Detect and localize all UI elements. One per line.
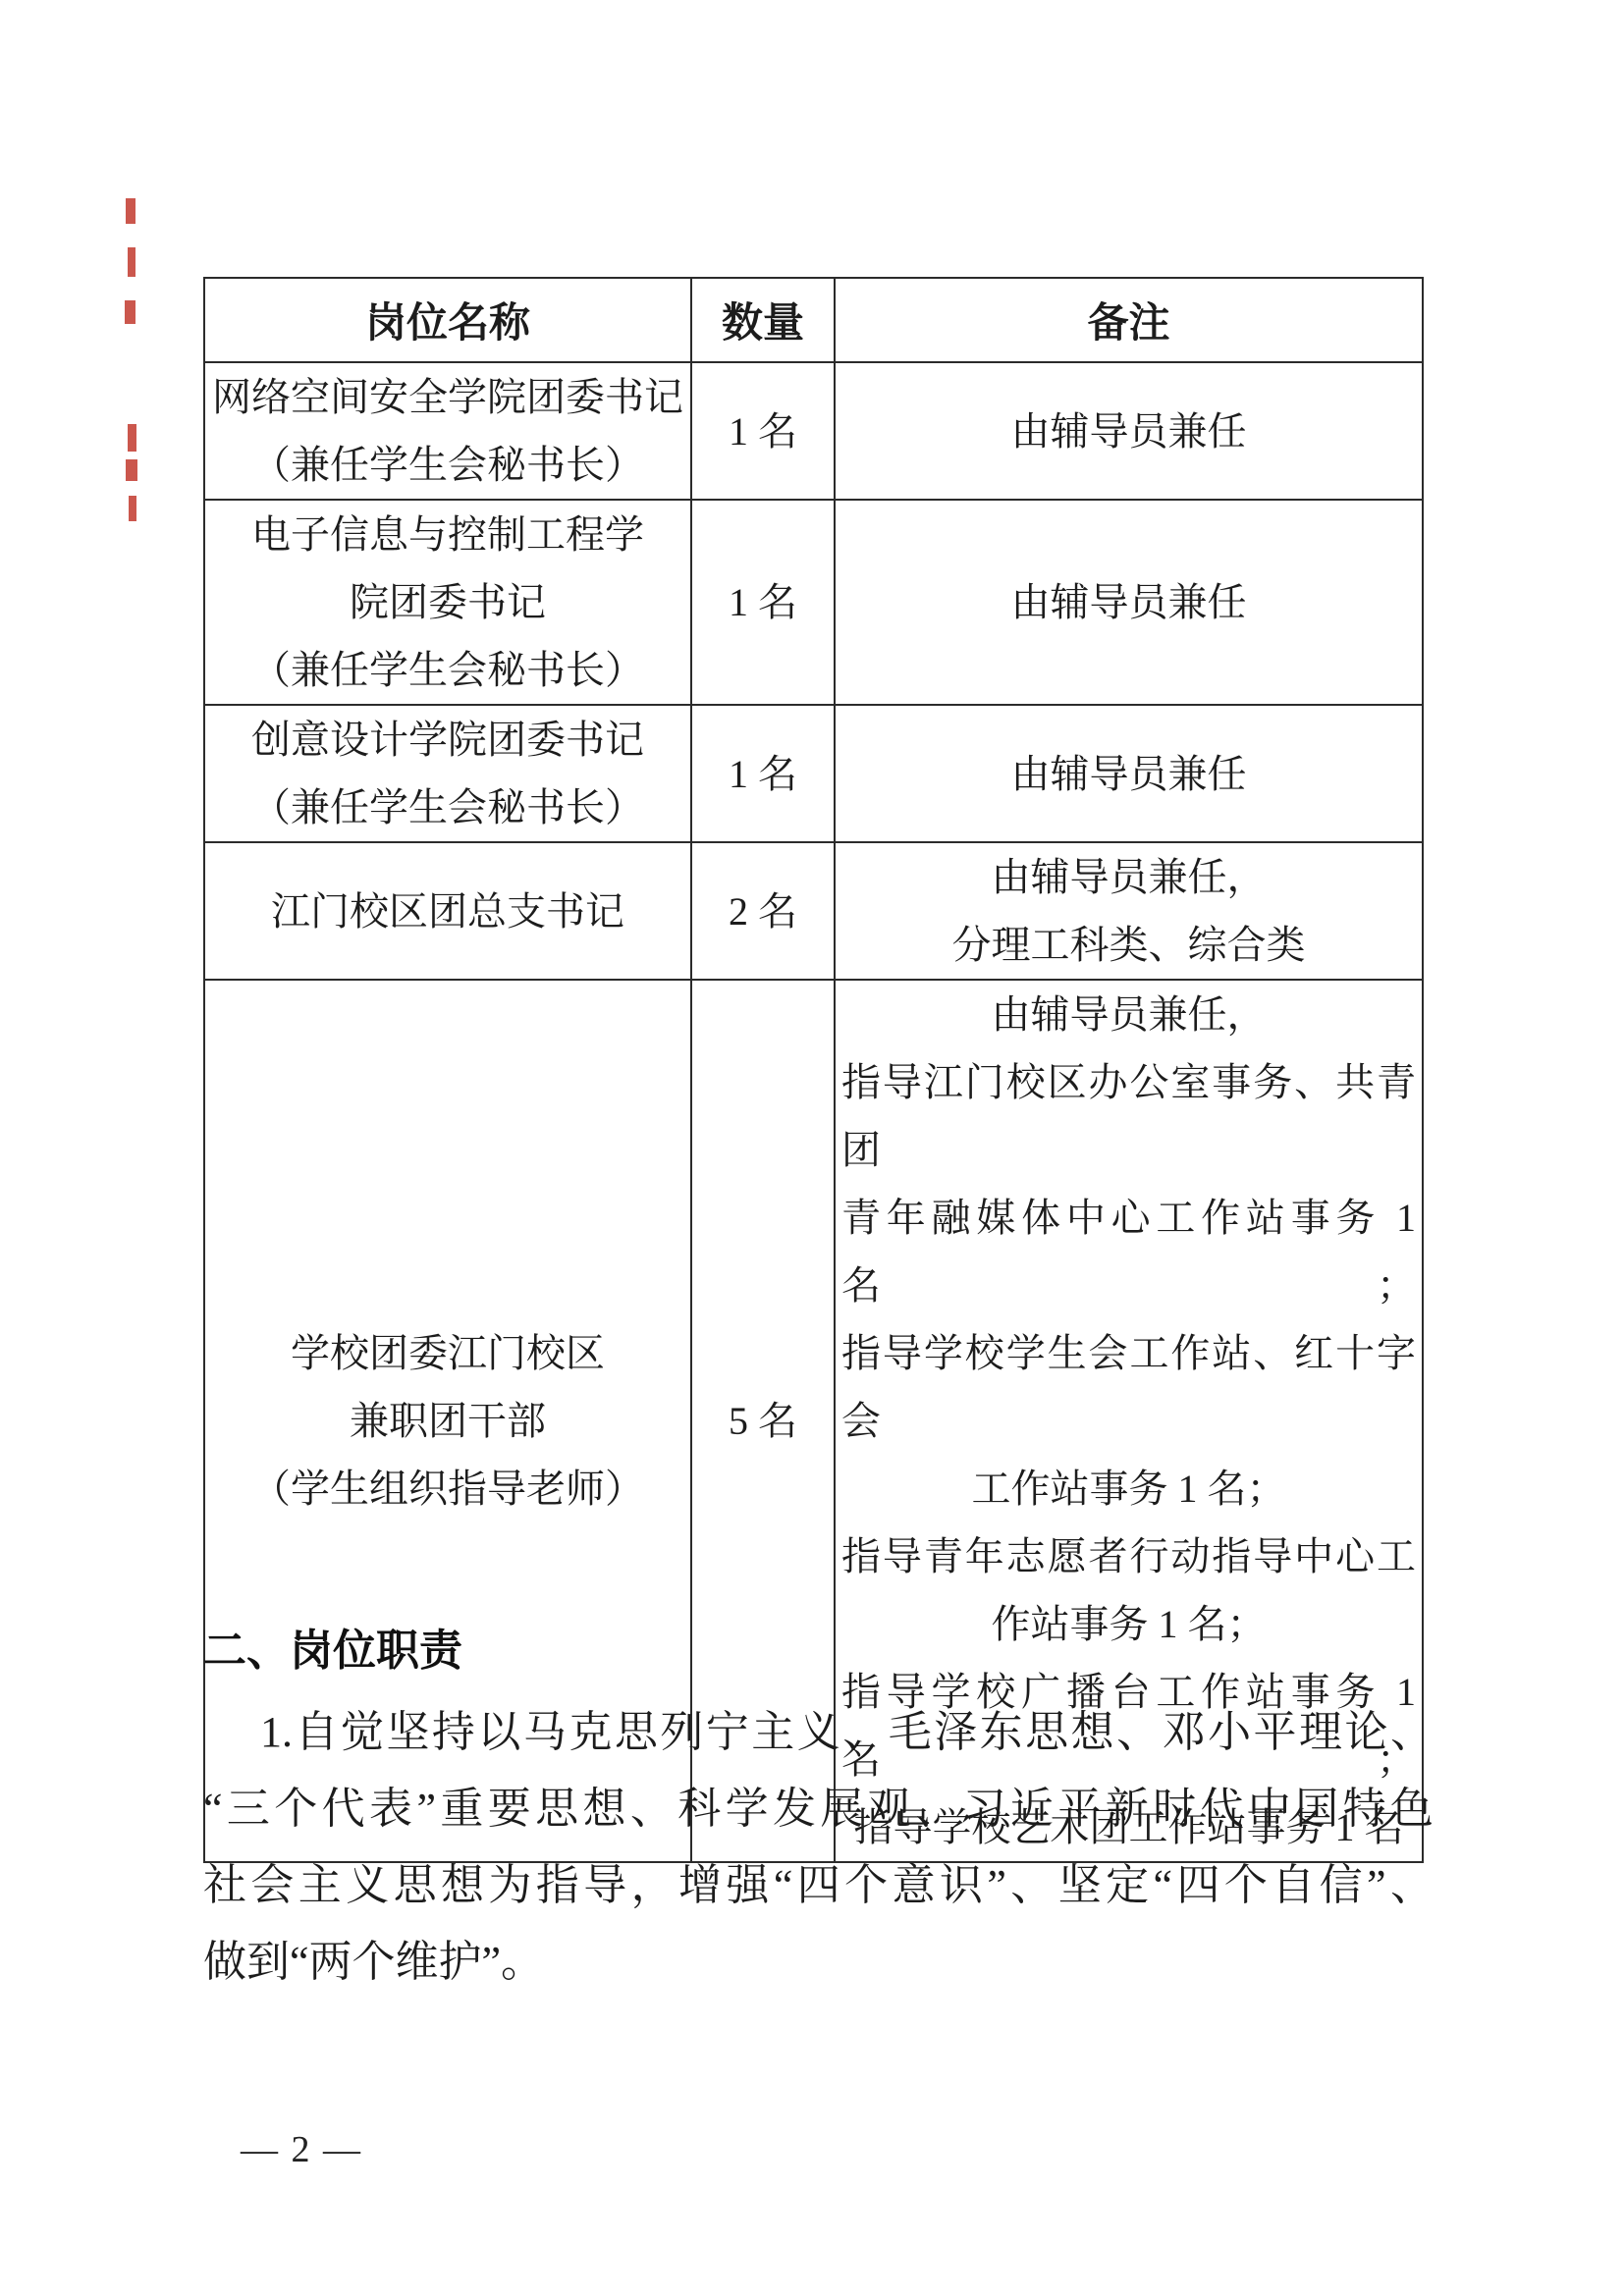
position-name-cell: 江门校区团总支书记 bbox=[204, 842, 691, 980]
section-title: 二、岗位职责 bbox=[203, 1622, 462, 1681]
position-name-cell: 创意设计学院团委书记 （兼任学生会秘书长） bbox=[204, 705, 691, 842]
duties-paragraph: 1.自觉坚持以马克思列宁主义、毛泽东思想、邓小平理论、 “三个代表”重要思想、科… bbox=[203, 1694, 1434, 2001]
paragraph-line: 1.自觉坚持以马克思列宁主义、毛泽东思想、邓小平理论、 bbox=[203, 1694, 1434, 1771]
remark-cell: 由辅导员兼任 bbox=[835, 500, 1423, 705]
document-page: 岗位名称 数量 备注 网络空间安全学院团委书记 （兼任学生会秘书长） 1 名 由… bbox=[0, 0, 1624, 2296]
position-name-line: 网络空间安全学院团委书记 bbox=[211, 363, 684, 431]
header-position-name: 岗位名称 bbox=[204, 278, 691, 362]
red-edge-artifact bbox=[128, 247, 135, 277]
header-count: 数量 bbox=[691, 278, 835, 362]
table-header-row: 岗位名称 数量 备注 bbox=[204, 278, 1423, 362]
remark-line: 作站事务 1 名； bbox=[841, 1590, 1416, 1658]
table-row: 网络空间安全学院团委书记 （兼任学生会秘书长） 1 名 由辅导员兼任 bbox=[204, 362, 1423, 500]
count-cell: 1 名 bbox=[691, 705, 835, 842]
header-remark: 备注 bbox=[835, 278, 1423, 362]
page-number: — 2 — bbox=[203, 2128, 400, 2171]
red-edge-artifact bbox=[126, 459, 137, 481]
red-edge-artifact bbox=[125, 300, 135, 324]
position-name-line: 电子信息与控制工程学 bbox=[211, 501, 684, 568]
position-name-line: 创意设计学院团委书记 bbox=[211, 706, 684, 774]
remark-line: 分理工科类、综合类 bbox=[841, 911, 1416, 979]
red-edge-artifact bbox=[129, 496, 136, 521]
position-name-line: （兼任学生会秘书长） bbox=[211, 431, 684, 499]
table-row: 电子信息与控制工程学 院团委书记 （兼任学生会秘书长） 1 名 由辅导员兼任 bbox=[204, 500, 1423, 705]
paragraph-line: 社会主义思想为指导，增强“四个意识”、坚定“四个自信”、 bbox=[203, 1847, 1434, 1924]
paragraph-line: 做到“两个维护”。 bbox=[203, 1924, 1434, 2001]
table-row: 创意设计学院团委书记 （兼任学生会秘书长） 1 名 由辅导员兼任 bbox=[204, 705, 1423, 842]
remark-line: 由辅导员兼任 bbox=[841, 398, 1416, 465]
remark-line: 指导学校学生会工作站、红十字会 bbox=[841, 1319, 1416, 1455]
position-name-line: 兼职团干部 bbox=[211, 1387, 684, 1455]
position-name-line: （兼任学生会秘书长） bbox=[211, 636, 684, 704]
position-name-line: （兼任学生会秘书长） bbox=[211, 774, 684, 841]
paragraph-line: “三个代表”重要思想、科学发展观、习近平新时代中国特色 bbox=[203, 1771, 1434, 1847]
red-edge-artifact bbox=[128, 424, 136, 452]
position-name-cell: 电子信息与控制工程学 院团委书记 （兼任学生会秘书长） bbox=[204, 500, 691, 705]
count-cell: 2 名 bbox=[691, 842, 835, 980]
position-name-line: （学生组织指导老师） bbox=[211, 1455, 684, 1522]
remark-line: 由辅导员兼任 bbox=[841, 740, 1416, 808]
remark-line: 工作站事务 1 名； bbox=[841, 1455, 1416, 1522]
remark-line: 由辅导员兼任， bbox=[841, 843, 1416, 911]
position-name-line: 院团委书记 bbox=[211, 568, 684, 636]
count-cell: 1 名 bbox=[691, 500, 835, 705]
table-row: 江门校区团总支书记 2 名 由辅导员兼任， 分理工科类、综合类 bbox=[204, 842, 1423, 980]
remark-line: 由辅导员兼任， bbox=[841, 981, 1416, 1048]
remark-cell: 由辅导员兼任 bbox=[835, 362, 1423, 500]
remark-line: 青年融媒体中心工作站事务 1 名； bbox=[841, 1184, 1416, 1319]
red-edge-artifact bbox=[126, 198, 135, 224]
remark-line: 指导青年志愿者行动指导中心工 bbox=[841, 1522, 1416, 1590]
remark-line: 由辅导员兼任 bbox=[841, 568, 1416, 636]
remark-cell: 由辅导员兼任， 分理工科类、综合类 bbox=[835, 842, 1423, 980]
remark-cell: 由辅导员兼任 bbox=[835, 705, 1423, 842]
position-name-line: 学校团委江门校区 bbox=[211, 1319, 684, 1387]
position-name-line: 江门校区团总支书记 bbox=[211, 878, 684, 945]
count-cell: 1 名 bbox=[691, 362, 835, 500]
position-name-cell: 网络空间安全学院团委书记 （兼任学生会秘书长） bbox=[204, 362, 691, 500]
remark-line: 指导江门校区办公室事务、共青团 bbox=[841, 1048, 1416, 1184]
